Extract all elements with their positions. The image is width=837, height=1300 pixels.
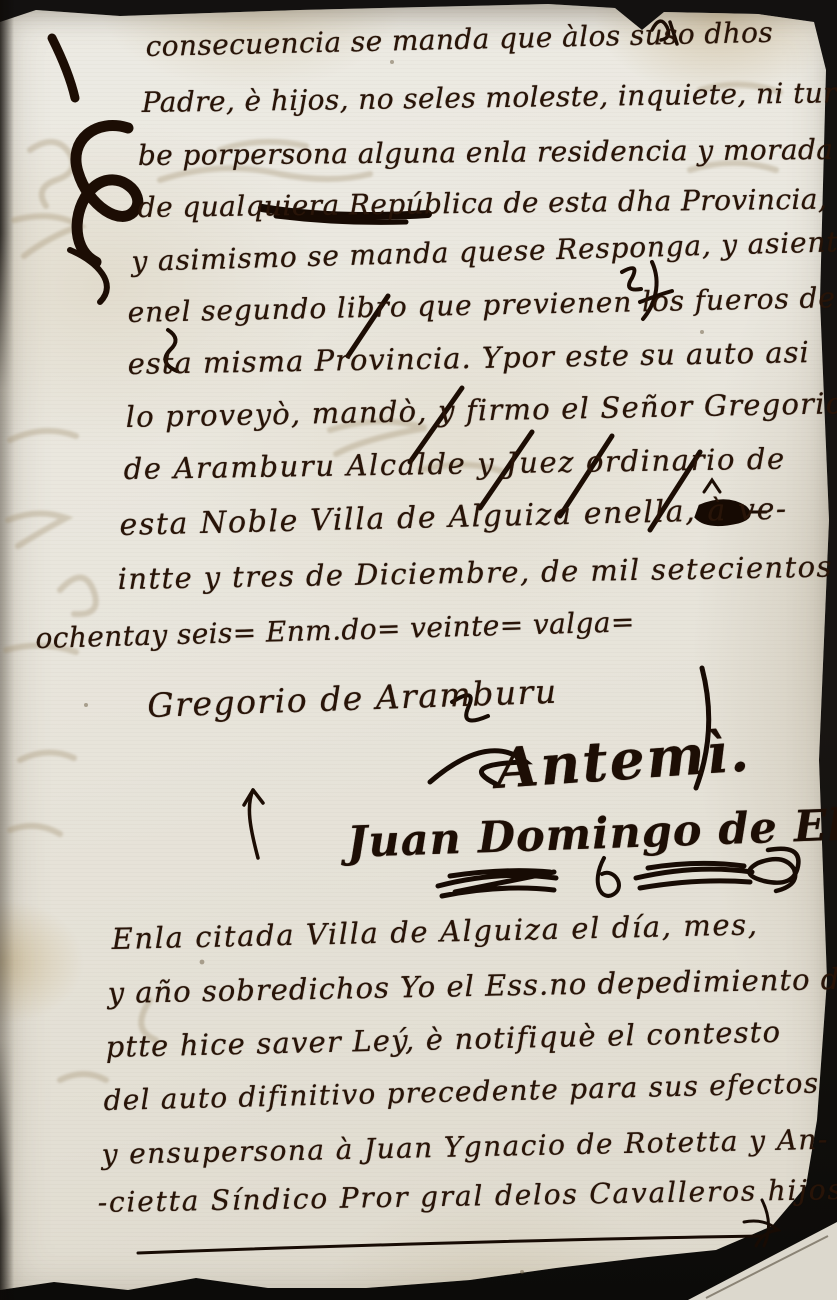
manuscript-scan: consecuencia se manda que àlos suso dhos… — [0, 0, 837, 1300]
binding-gutter-shadow — [0, 0, 14, 1300]
manuscript-line: be porpersona alguna enla residencia y m… — [138, 133, 834, 172]
